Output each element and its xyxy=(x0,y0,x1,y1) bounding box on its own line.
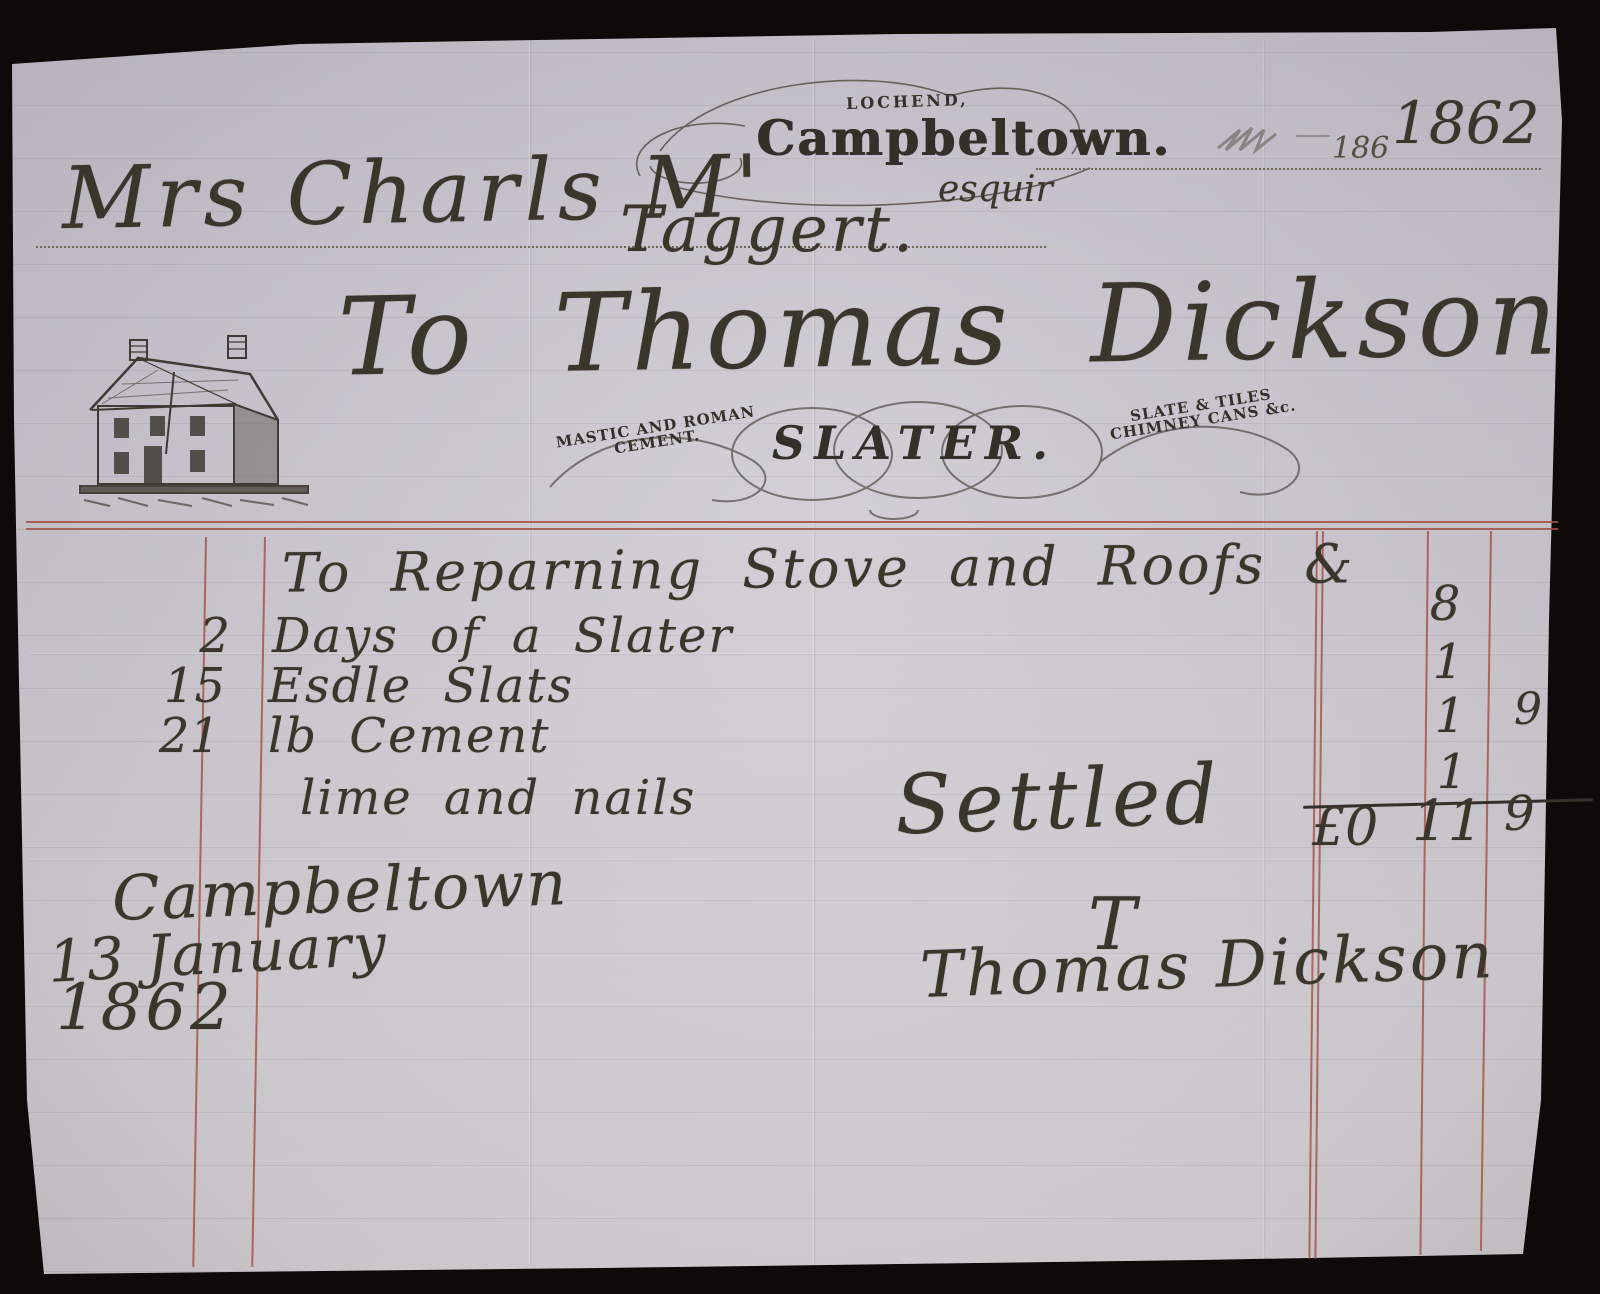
item-description: Esdle Slats xyxy=(268,662,574,710)
addressee-line2: Taggert. xyxy=(620,198,916,262)
headline-script: To Thomas Dickson xyxy=(337,263,1563,392)
item-qty: 21 xyxy=(150,712,220,760)
amount-pence: 9 xyxy=(1498,688,1558,732)
total-pence: 9 xyxy=(1504,790,1535,838)
amount-shillings: 1 xyxy=(1418,638,1478,686)
settled-script: Settled xyxy=(894,754,1223,847)
slater-title: SLATER. xyxy=(742,420,1087,466)
town-title: Campbeltown. xyxy=(756,114,1171,163)
amount-shillings: 8 xyxy=(1415,580,1475,628)
item-qty: 15 xyxy=(155,662,225,710)
amount-shillings: 1 xyxy=(1420,692,1480,740)
red-rule-horizontal-top xyxy=(26,521,1558,523)
red-rule-horizontal-bottom xyxy=(26,528,1558,530)
total-pounds: £0 xyxy=(1312,802,1378,854)
ink-scribble-icon xyxy=(1210,100,1340,170)
item-description: lb Cement xyxy=(268,712,551,760)
printed-year-prefix: 186 xyxy=(1332,134,1389,164)
signature-script: Thomas Dickson xyxy=(919,924,1496,1008)
footer-date-year: 1862 xyxy=(56,976,235,1040)
total-shillings: 11 xyxy=(1412,794,1483,850)
house-engraving-icon xyxy=(78,328,318,513)
addressee-suffix: esquir xyxy=(938,172,1053,208)
item-description: To Reparning Stove and Roofs & xyxy=(282,537,1356,600)
item-description: Days of a Slater xyxy=(272,612,733,660)
item-qty: 2 xyxy=(160,612,230,660)
item-description: lime and nails xyxy=(300,774,696,822)
scanned-billhead-document: LOCHEND, Campbeltown. 186 1862 Mrs Charl… xyxy=(0,0,1600,1294)
fold-crease-horizontal xyxy=(30,652,1560,656)
handwritten-year: 1862 xyxy=(1392,94,1540,152)
